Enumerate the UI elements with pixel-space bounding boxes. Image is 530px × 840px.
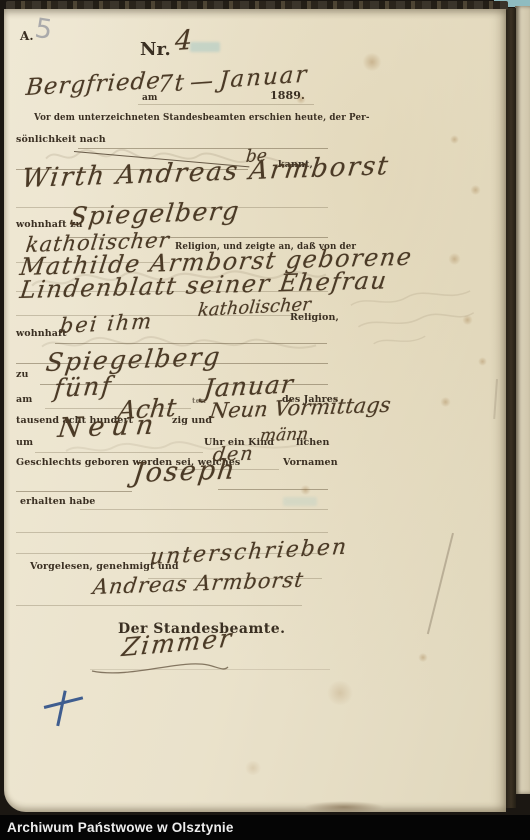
declarant-signature: Andreas Armborst [92,568,306,599]
pencil-page-number: 5 [33,13,55,46]
foxing-stain [300,485,311,495]
zig-und-label: zig und [172,415,212,426]
next-page-edge [515,6,530,794]
record-number-label: Nr. [140,39,171,60]
erhalten-habe-label: erhalten habe [20,496,95,507]
bleed-through-ink [64,439,304,461]
birth-day: fünf [52,371,114,403]
foxing-stain [470,185,481,195]
year-ones-vormittags: Neun Vormittags [209,393,393,423]
foxing-stain [244,761,262,775]
paper-crease [427,533,454,634]
form-corner-letter: A. [20,29,34,43]
foxing-stain [362,53,382,71]
foxing-stain [450,135,459,144]
blue-ink-smudge [190,42,220,52]
book-gutter-shadow [505,8,516,808]
bleed-through-pencil [346,285,480,354]
foxing-stain [440,397,451,407]
registry-form-page: A. 5 Nr. 4 Bergfriede am 7t — Januar 188… [4,9,506,812]
archive-name: Archiwum Państwowe w Olsztynie [0,820,234,835]
intro-line-2: sönlichkeit nach [16,134,106,145]
blue-ink-smudge-2 [283,497,317,506]
archive-watermark-bar: Archiwum Państwowe w Olsztynie [0,815,530,840]
bleed-through-ink [30,264,330,295]
religion-label-2: Religion, [290,312,339,323]
paper-crease [493,379,497,419]
unterschrieben-handwritten: unterschrieben [149,535,350,571]
foxing-stain [418,653,428,662]
record-number-value: 4 [174,25,192,57]
foxing-stain [296,95,306,104]
foxing-stain [462,315,473,325]
zu-label: zu [16,369,29,380]
foxing-stain [326,681,354,705]
bottom-edge-smudge [304,801,384,813]
scanned-register-photo: A. 5 Nr. 4 Bergfriede am 7t — Januar 188… [0,0,530,840]
intro-line-1: Vor dem unterzeichneten Standesbeamten e… [34,112,370,123]
um-label: um [16,437,33,448]
blue-cross-mark-vertical [56,690,66,726]
declarant-residence: Spiegelberg [68,196,241,231]
foxing-stain [448,253,461,265]
bleed-through-ink [40,333,320,362]
am2-label: am [16,394,32,405]
foxing-stain [478,357,487,366]
signature-flourish [90,657,230,677]
am-label: am [142,93,158,103]
